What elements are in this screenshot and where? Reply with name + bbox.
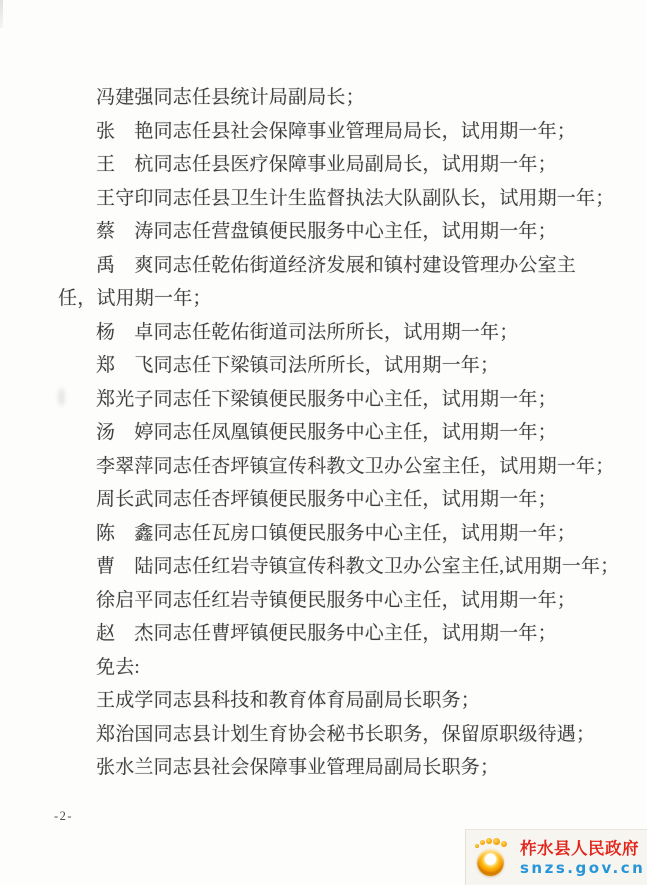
scan-edge-artifact (0, 0, 3, 28)
logo-toe-dot (475, 844, 479, 848)
document-section-heading: 免去: (58, 651, 618, 685)
logo-ring (477, 849, 504, 876)
document-line: 郑光子同志任下梁镇便民服务中心主任，试用期一年； (58, 383, 618, 417)
document-line: 周长武同志任杏坪镇便民服务中心主任，试用期一年； (58, 483, 618, 517)
page-number: -2- (54, 809, 73, 824)
document-line: 王守印同志任县卫生计生监督执法大队副队长，试用期一年； (58, 182, 618, 216)
document-line: 蔡 涛同志任营盘镇便民服务中心主任，试用期一年； (58, 215, 618, 249)
document-line: 王成学同志县科技和教育体育局副局长职务； (58, 684, 618, 718)
logo-toe-dot (493, 838, 500, 845)
document-line: 王 杭同志任县医疗保障事业局副局长，试用期一年； (58, 148, 618, 182)
logo-toe-dot (480, 840, 485, 845)
scanned-document-page: 冯建强同志任县统计局副局长； 张 艳同志任县社会保障事业管理局局长，试用期一年；… (0, 0, 647, 885)
document-line: 郑 飞同志任下梁镇司法所所长，试用期一年； (58, 349, 618, 383)
document-line: 徐启平同志任红岩寺镇便民服务中心主任，试用期一年； (58, 584, 618, 618)
footprint-logo-icon (475, 837, 509, 879)
document-line: 禹 爽同志任乾佑街道经济发展和镇村建设管理办公室主 (58, 249, 618, 283)
document-line: 张水兰同志县社会保障事业管理局副局长职务； (58, 751, 618, 785)
watermark-site-url: snzs.gov.cn (520, 859, 645, 877)
site-watermark: 柞水县人民政府 snzs.gov.cn (465, 829, 647, 885)
document-line: 李翠萍同志任杏坪镇宣传科教文卫办公室主任，试用期一年； (58, 450, 618, 484)
document-line: 陈 鑫同志任瓦房口镇便民服务中心主任，试用期一年； (58, 517, 618, 551)
watermark-site-name: 柞水县人民政府 (520, 839, 645, 859)
document-line: 郑治国同志县计划生育协会秘书长职务，保留原职级待遇； (58, 718, 618, 752)
logo-toe-dot (486, 838, 492, 844)
watermark-text-block: 柞水县人民政府 snzs.gov.cn (520, 839, 645, 877)
document-line: 杨 卓同志任乾佑街道司法所所长，试用期一年； (58, 316, 618, 350)
document-line-continuation: 任，试用期一年； (58, 282, 618, 316)
document-line: 曹 陆同志任红岩寺镇宣传科教文卫办公室主任,试用期一年； (58, 550, 618, 584)
document-line: 汤 婷同志任凤凰镇便民服务中心主任，试用期一年； (58, 416, 618, 450)
document-line: 张 艳同志任县社会保障事业管理局局长，试用期一年； (58, 115, 618, 149)
logo-toe-dot (501, 841, 507, 847)
document-line: 赵 杰同志任曹坪镇便民服务中心主任，试用期一年； (58, 617, 618, 651)
document-line: 冯建强同志任县统计局副局长； (58, 81, 618, 115)
document-body: 冯建强同志任县统计局副局长； 张 艳同志任县社会保障事业管理局局长，试用期一年；… (58, 81, 618, 785)
